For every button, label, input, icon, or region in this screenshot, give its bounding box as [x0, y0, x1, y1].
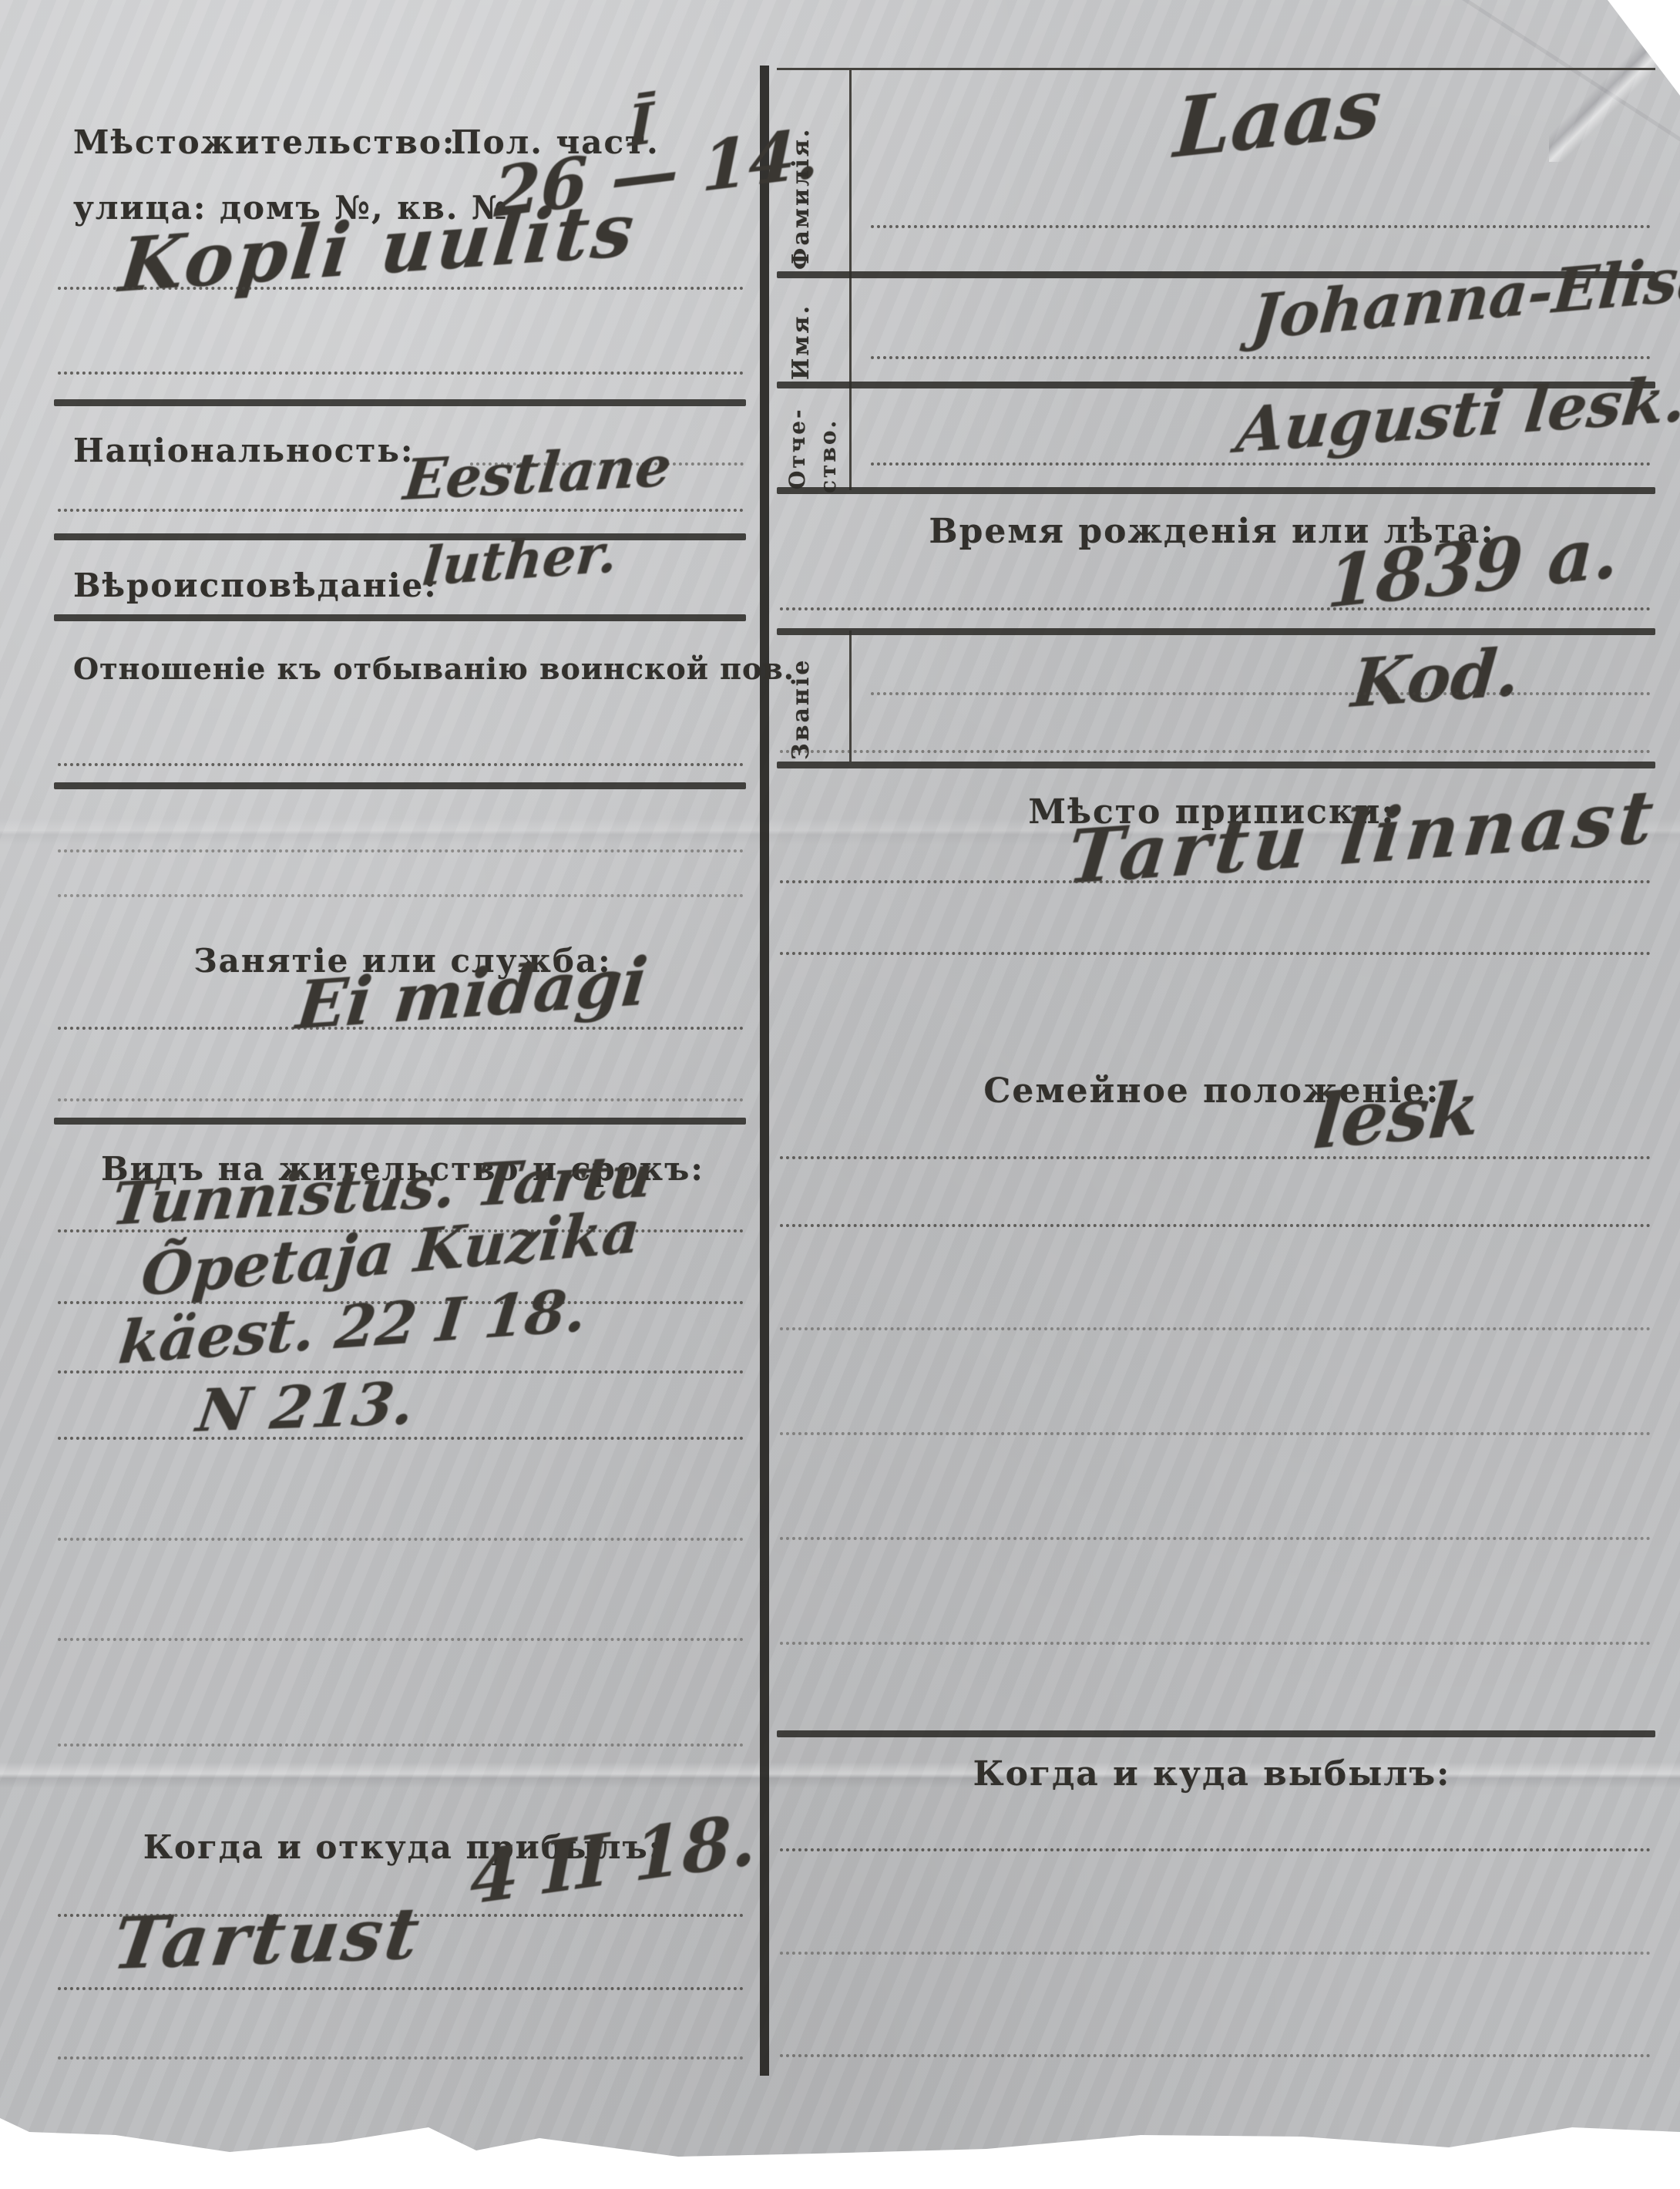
surname-entry: Laas	[1171, 58, 1384, 177]
ruled-line	[780, 1432, 1651, 1435]
ruled-line	[780, 750, 1651, 753]
ruled-line	[780, 952, 1651, 955]
ruled-line	[780, 607, 1651, 610]
section-rule	[54, 782, 746, 789]
label-separator-rule	[849, 630, 852, 762]
arrival-from-entry: Tartust	[108, 1891, 427, 1986]
ruled-line	[780, 1848, 1651, 1851]
ruled-line	[58, 849, 744, 852]
ruled-line	[871, 692, 1651, 695]
rank-entry: Kod.	[1349, 634, 1523, 723]
section-rule	[777, 628, 1655, 635]
section-rule	[777, 1730, 1655, 1737]
ruled-line	[58, 372, 744, 375]
ruled-line	[58, 509, 744, 512]
marital-status-entry: lesk	[1310, 1065, 1483, 1166]
ruled-line	[780, 1952, 1651, 1955]
first-name-entry: Johanna-Elisa	[1248, 242, 1680, 354]
ruled-line	[780, 1642, 1651, 1645]
ruled-line	[58, 1743, 744, 1747]
section-rule	[777, 762, 1655, 768]
label-separator-rule	[849, 70, 852, 490]
religion-entry: luther.	[420, 523, 620, 598]
religion-label: Вѣроисповѣданіе:	[73, 567, 438, 604]
section-rule	[777, 487, 1655, 494]
ruled-line	[58, 1027, 744, 1030]
ruled-line	[58, 1437, 744, 1440]
ruled-line	[780, 1224, 1651, 1227]
nationality-entry: Eestlane	[401, 432, 674, 513]
residence-permit-entry-line4: N 213.	[193, 1369, 418, 1445]
ruled-line	[58, 894, 744, 897]
ruled-line	[58, 763, 744, 766]
ruled-line	[780, 1327, 1651, 1330]
patronymic-label-part1: Отче-	[785, 385, 810, 489]
ruled-line	[58, 1638, 744, 1641]
surname-label: Фамилія.	[788, 73, 815, 270]
section-rule	[54, 1118, 746, 1125]
patronymic-entry: Augusti lesk.	[1233, 362, 1680, 467]
box-top-rule	[777, 68, 1655, 70]
marital-status-label: Семейное положеніе:	[778, 1071, 1645, 1111]
ruled-line	[780, 1537, 1651, 1540]
section-rule	[54, 399, 746, 406]
ruled-line	[58, 1098, 744, 1101]
nationality-label: Національность:	[73, 432, 414, 469]
ruled-line	[58, 2056, 744, 2060]
ruled-line	[780, 880, 1651, 883]
military-service-label: Отношеніе къ отбыванію воинской пов.	[73, 651, 795, 686]
ruled-line	[871, 225, 1651, 228]
ruled-line	[58, 287, 744, 290]
section-rule	[54, 614, 746, 621]
section-rule	[54, 533, 746, 540]
corner-fold	[1549, 0, 1680, 162]
first-name-label: Имя.	[788, 284, 815, 380]
ruled-line	[780, 2054, 1651, 2057]
ruled-line	[58, 1987, 744, 1990]
ruled-line	[58, 1538, 744, 1541]
arrival-date-entry: 4 II 18.	[470, 1797, 756, 1921]
patronymic-label-part2: ство.	[815, 389, 841, 493]
paper-sheet: Мѣстожительство: Пол. част. Ī улица: дом…	[0, 0, 1680, 2189]
residence-label: Мѣстожительство:	[73, 123, 455, 161]
registration-card-scan: Мѣстожительство: Пол. част. Ī улица: дом…	[0, 0, 1680, 2189]
departure-label: Когда и куда выбылъ:	[778, 1754, 1645, 1794]
ruled-line	[871, 462, 1651, 466]
column-divider	[760, 66, 769, 2076]
ruled-line	[780, 1156, 1651, 1159]
rank-label: Званіе	[788, 632, 815, 760]
ruled-line	[871, 356, 1651, 359]
